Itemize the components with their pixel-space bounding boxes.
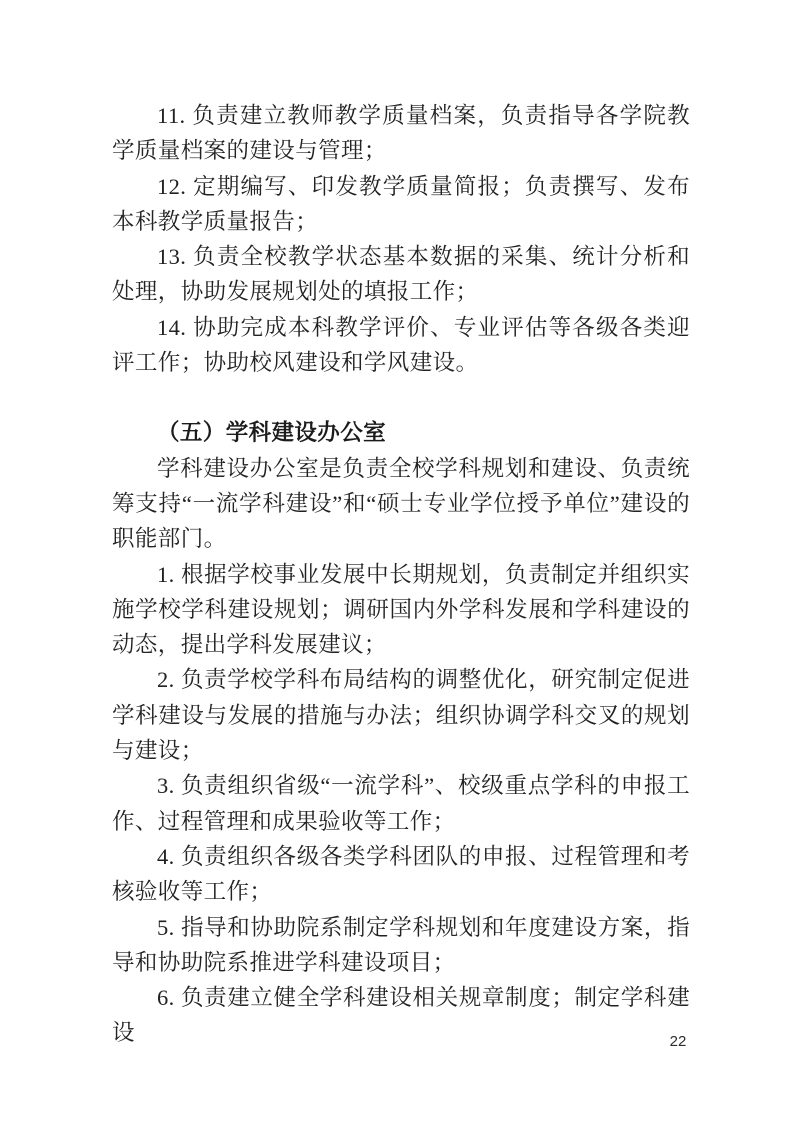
list-item-4: 4. 负责组织各级各类学科团队的申报、过程管理和考核验收等工作；	[112, 839, 690, 910]
document-body: 11. 负责建立教师教学质量档案，负责指导各学院教学质量档案的建设与管理； 12…	[112, 98, 690, 1051]
list-item-2: 2. 负责学校学科布局结构的调整优化，研究制定促进学科建设与发展的措施与办法；组…	[112, 662, 690, 768]
list-item-6: 6. 负责建立健全学科建设相关规章制度；制定学科建设	[112, 980, 690, 1051]
list-item-13: 13. 负责全校教学状态基本数据的采集、统计分析和处理，协助发展规划处的填报工作…	[112, 239, 690, 310]
section-heading: （五）学科建设办公室	[112, 415, 690, 450]
section-intro: 学科建设办公室是负责全校学科规划和建设、负责统筹支持“一流学科建设”和“硕士专业…	[112, 451, 690, 557]
list-item-3: 3. 负责组织省级“一流学科”、校级重点学科的申报工作、过程管理和成果验收等工作…	[112, 768, 690, 839]
list-item-14: 14. 协助完成本科教学评价、专业评估等各级各类迎评工作；协助校风建设和学风建设…	[112, 310, 690, 381]
list-item-1: 1. 根据学校事业发展中长期规划，负责制定并组织实施学校学科建设规划；调研国内外…	[112, 557, 690, 663]
list-item-11: 11. 负责建立教师教学质量档案，负责指导各学院教学质量档案的建设与管理；	[112, 98, 690, 169]
list-item-12: 12. 定期编写、印发教学质量简报；负责撰写、发布本科教学质量报告；	[112, 169, 690, 240]
list-item-5: 5. 指导和协助院系制定学科规划和年度建设方案，指导和协助院系推进学科建设项目；	[112, 910, 690, 981]
page-number: 22	[663, 1033, 693, 1050]
document-page: 11. 负责建立教师教学质量档案，负责指导各学院教学质量档案的建设与管理； 12…	[0, 0, 799, 1131]
